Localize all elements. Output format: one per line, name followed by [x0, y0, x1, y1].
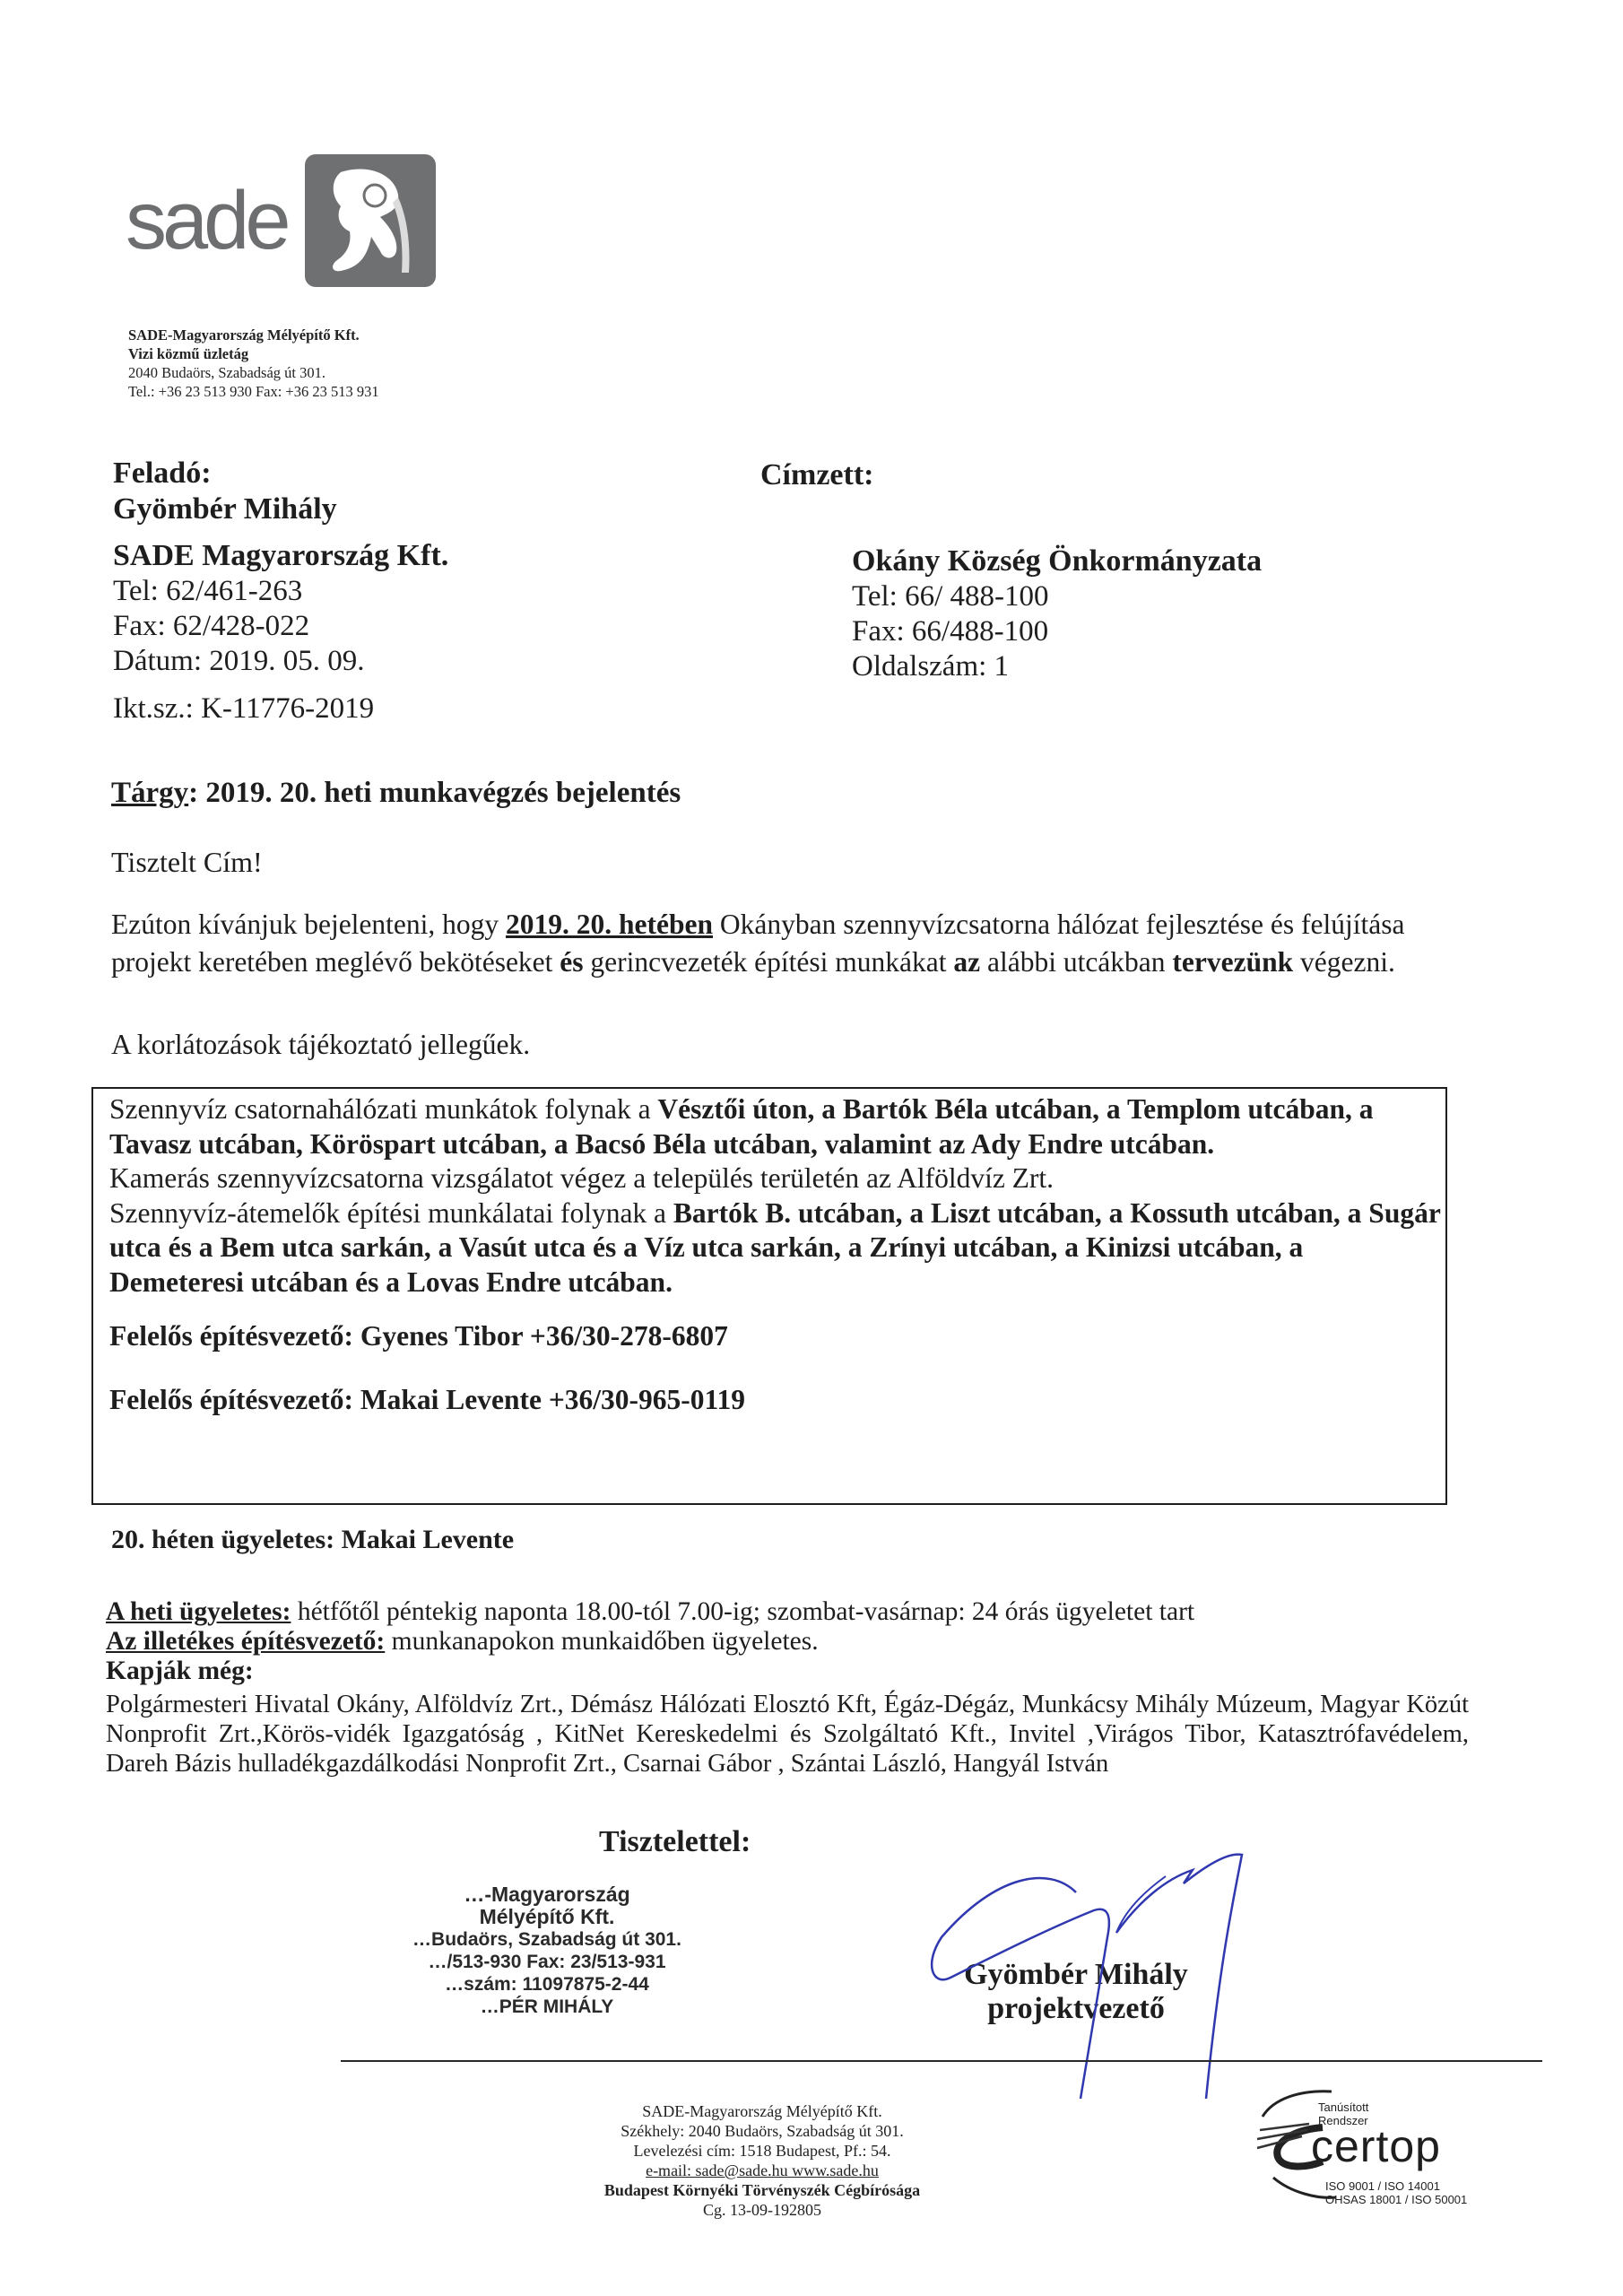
sade-figure-logo-icon: [305, 154, 436, 287]
letterhead-phones: Tel.: +36 23 513 930 Fax: +36 23 513 931: [128, 382, 379, 401]
recipient-fax: Fax: 66/488-100: [852, 614, 1262, 649]
sender-fax: Fax: 62/428-022: [113, 609, 448, 644]
footer-seat: Székhely: 2040 Budaörs, Szabadság út 301…: [520, 2121, 1004, 2141]
letterhead-division: Vizi közmű üzletág: [128, 344, 379, 363]
sade-logo-wordmark: sade: [126, 179, 287, 262]
recipient-name: Okány Község Önkormányzata: [852, 544, 1262, 579]
cert-iso-line: OHSAS 18001 / ISO 50001: [1325, 2193, 1467, 2206]
camera-inspection: Kamerás szennyvízcsatorna vizsgálatot vé…: [109, 1161, 1441, 1196]
footer-divider: [341, 2060, 1542, 2062]
pump-works: Szennyvíz-átemelők építési munkálatai fo…: [109, 1196, 1441, 1300]
closing: Tisztelettel:: [599, 1825, 751, 1859]
company-stamp: …-Magyarország Mélyépítő Kft. …Budaörs, …: [377, 1883, 717, 2018]
letterhead-address: 2040 Budaörs, Szabadság út 301.: [128, 363, 379, 382]
stamp-line: …szám: 11097875-2-44: [377, 1973, 717, 1996]
letterhead-company: SADE-Magyarország Mélyépítő Kft.: [128, 326, 379, 344]
intro-text: végezni.: [1293, 946, 1395, 978]
sender-name: Gyömbér Mihály: [113, 491, 448, 527]
recipient-label: Címzett:: [760, 457, 873, 493]
footer-contact-link[interactable]: e-mail: sade@sade.hu www.sade.hu: [520, 2161, 1004, 2180]
subject-text: : 2019. 20. heti munkavégzés bejelentés: [188, 777, 681, 809]
site-manager-1: Felelős építésvezető: Gyenes Tibor +36/3…: [109, 1319, 1441, 1354]
signatory: Gyömbér Mihály projektvezető: [915, 1958, 1237, 2026]
on-call-person: 20. héten ügyeletes: Makai Levente: [111, 1525, 514, 1555]
sender-label: Feladó:: [113, 456, 448, 491]
subject-line: Tárgy: 2019. 20. heti munkavégzés bejele…: [111, 777, 681, 810]
signatory-title: projektvezető: [915, 1992, 1237, 2026]
cc-list: Polgármesteri Hivatal Okány, Alföldvíz Z…: [106, 1690, 1469, 1779]
weekly-duty-label: A heti ügyeletes:: [106, 1597, 291, 1626]
manager-duty-text: munkanapokon munkaidőben ügyeletes.: [385, 1627, 818, 1656]
stamp-line: …Budaörs, Szabadság út 301.: [377, 1928, 717, 1951]
stamp-line: Mélyépítő Kft.: [377, 1906, 717, 1928]
stamp-line: …PÉR MIHÁLY: [377, 1996, 717, 2018]
cert-label-line: Tanúsított: [1318, 2100, 1368, 2114]
stamp-line: …-Magyarország: [377, 1883, 717, 1906]
cc-label: Kapják még:: [106, 1657, 1541, 1686]
restrictions-note: A korlátozások tájékoztató jellegűek.: [111, 1029, 530, 1061]
footer-court: Budapest Környéki Törvényszék Cégbíróság…: [520, 2180, 1004, 2200]
greeting: Tisztelt Cím!: [111, 846, 263, 879]
sender-tel: Tel: 62/461-263: [113, 574, 448, 609]
works-box: Szennyvíz csatornahálózati munkátok foly…: [109, 1092, 1441, 1417]
sender-block: Feladó: Gyömbér Mihály SADE Magyarország…: [113, 456, 448, 726]
intro-text: és: [560, 946, 583, 978]
letterhead: SADE-Magyarország Mélyépítő Kft. Vizi kö…: [128, 326, 379, 401]
footer-reg: Cg. 13-09-192805: [520, 2200, 1004, 2220]
sender-date: Dátum: 2019. 05. 09.: [113, 644, 448, 679]
cert-brand: certop: [1311, 2124, 1441, 2169]
manager-duty-label: Az illetékes építésvezető:: [106, 1627, 385, 1656]
site-manager-2: Felelős építésvezető: Makai Levente +36/…: [109, 1383, 1441, 1418]
duty-info: A heti ügyeletes: hétfőtől péntekig napo…: [106, 1597, 1541, 1686]
pump-works-prefix: Szennyvíz-átemelők építési munkálatai fo…: [109, 1197, 673, 1229]
footer: SADE-Magyarország Mélyépítő Kft. Székhel…: [520, 2101, 1004, 2220]
cert-iso-standards: ISO 9001 / ISO 14001 OHSAS 18001 / ISO 5…: [1325, 2179, 1467, 2206]
intro-text: gerincvezeték építési munkákat: [584, 946, 954, 978]
sewer-works-prefix: Szennyvíz csatornahálózati munkátok foly…: [109, 1093, 657, 1125]
intro-text: az: [953, 946, 980, 978]
intro-text: alábbi utcákban: [980, 946, 1172, 978]
stamp-line: …/513-930 Fax: 23/513-931: [377, 1951, 717, 1973]
recipient-block: Okány Község Önkormányzata Tel: 66/ 488-…: [852, 544, 1262, 684]
recipient-page: Oldalszám: 1: [852, 649, 1262, 684]
intro-week: 2019. 20. hetében: [506, 909, 713, 940]
footer-company: SADE-Magyarország Mélyépítő Kft.: [520, 2101, 1004, 2121]
signatory-name: Gyömbér Mihály: [915, 1958, 1237, 1992]
sender-company: SADE Magyarország Kft.: [113, 538, 448, 574]
recipient-tel: Tel: 66/ 488-100: [852, 579, 1262, 614]
footer-postal: Levelezési cím: 1518 Budapest, Pf.: 54.: [520, 2141, 1004, 2161]
intro-paragraph: Ezúton kívánjuk bejelenteni, hogy 2019. …: [111, 906, 1474, 981]
sender-ref: Ikt.sz.: K-11776-2019: [113, 691, 448, 726]
cert-iso-line: ISO 9001 / ISO 14001: [1325, 2179, 1467, 2193]
weekly-duty-text: hétfőtől péntekig naponta 18.00-tól 7.00…: [291, 1597, 1194, 1626]
intro-text: Ezúton kívánjuk bejelenteni, hogy: [111, 909, 506, 940]
sewer-works: Szennyvíz csatornahálózati munkátok foly…: [109, 1092, 1441, 1161]
subject-label: Tárgy: [111, 777, 188, 809]
intro-text: tervezünk: [1172, 946, 1293, 978]
